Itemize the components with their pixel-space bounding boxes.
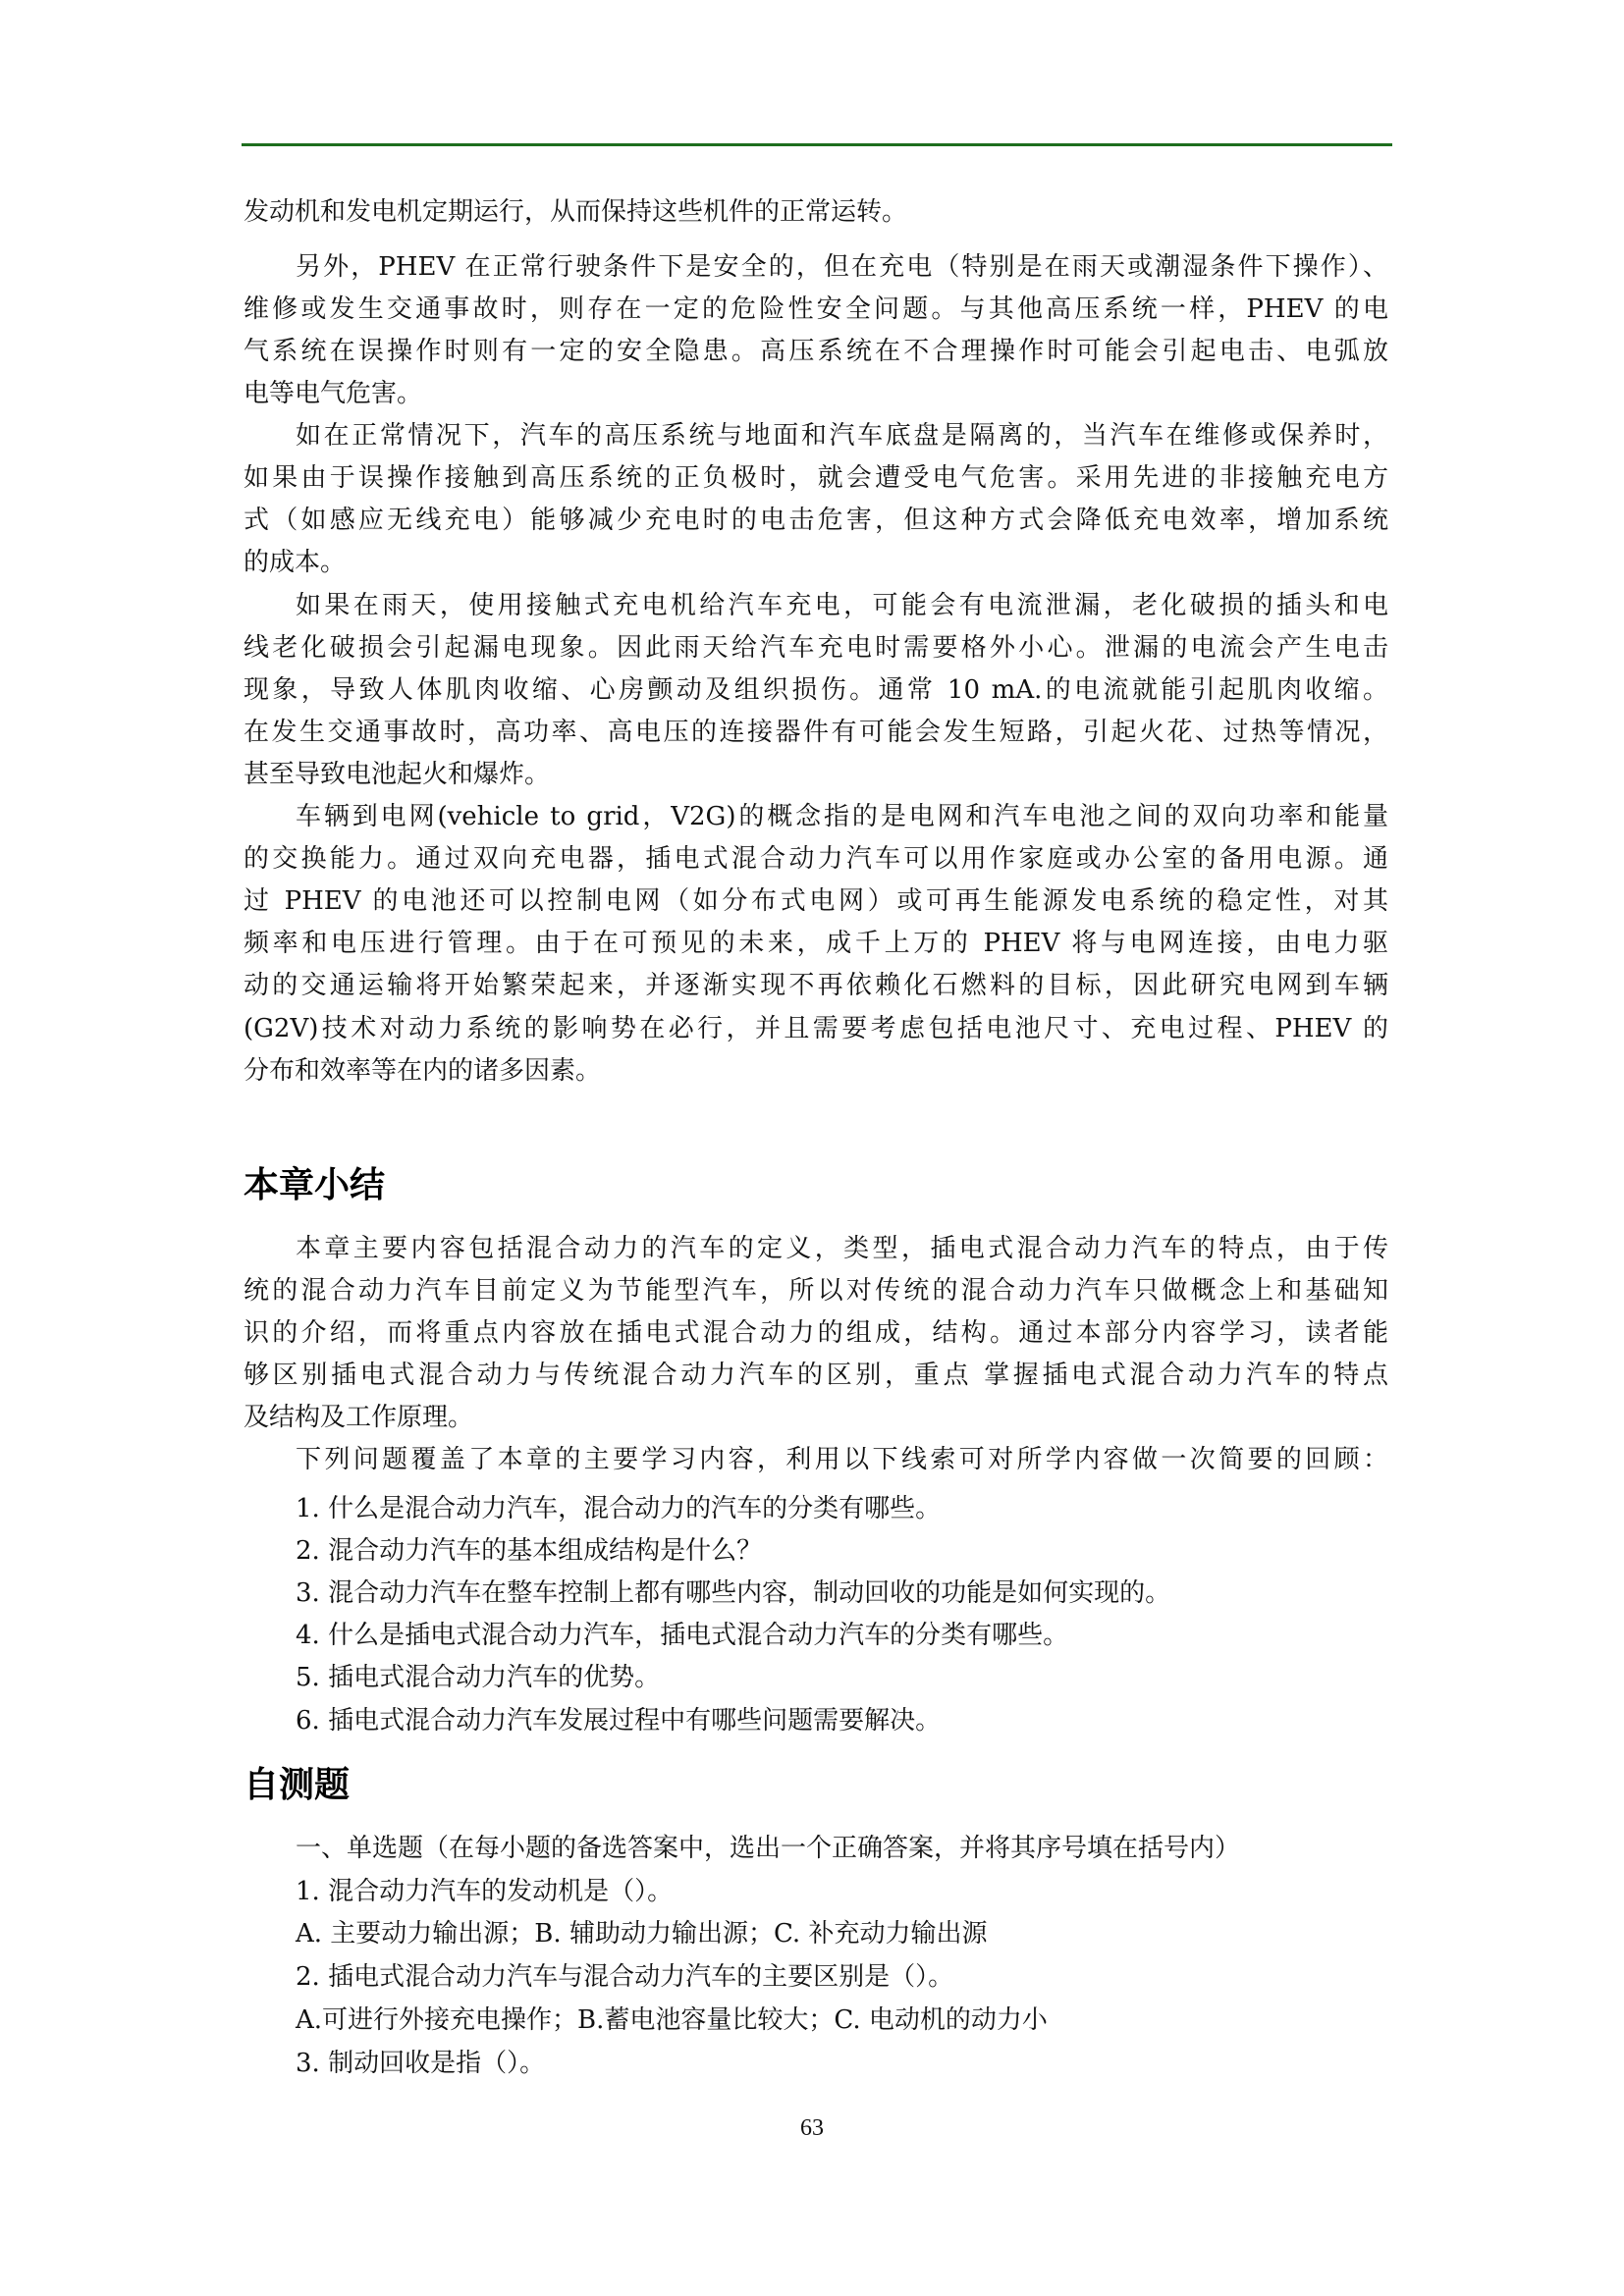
self-test-line: 1. 混合动力汽车的发动机是（）。 <box>296 1872 1376 1911</box>
summary-line: 统的混合动力汽车目前定义为节能型汽车，所以对传统的混合动力汽车只做概念上和基础知 <box>244 1271 1388 1310</box>
summary-line: 本章主要内容包括混合动力的汽车的定义，类型，插电式混合动力汽车的特点，由于传 <box>296 1229 1388 1268</box>
self-test-line: A. 主要动力输出源；B. 辅助动力输出源；C. 补充动力输出源 <box>296 1914 1376 1953</box>
paragraph-line: 甚至导致电池起火和爆炸。 <box>244 755 1388 794</box>
summary-line: 及结构及工作原理。 <box>244 1398 1388 1437</box>
paragraph-line: 维修或发生交通事故时，则存在一定的危险性安全问题。与其他高压系统一样，PHEV … <box>244 290 1388 329</box>
review-question-item: 4. 什么是插电式混合动力汽车，插电式混合动力汽车的分类有哪些。 <box>296 1616 1376 1655</box>
paragraph-line: 过 PHEV 的电池还可以控制电网（如分布式电网）或可再生能源发电系统的稳定性，… <box>244 881 1388 921</box>
review-question-item: 6. 插电式混合动力汽车发展过程中有哪些问题需要解决。 <box>296 1701 1376 1740</box>
summary-heading: 本章小结 <box>244 1164 385 1207</box>
summary-line: 识的介绍，而将重点内容放在插电式混合动力的组成，结构。通过本部分内容学习，读者能 <box>244 1313 1388 1353</box>
paragraph-line: 电等电气危害。 <box>244 374 1388 413</box>
paragraph-line: 分布和效率等在内的诸多因素。 <box>244 1051 1388 1091</box>
review-question-item: 2. 混合动力汽车的基本组成结构是什么？ <box>296 1531 1376 1571</box>
paragraph-line: 频率和电压进行管理。由于在可预见的未来，成千上万的 PHEV 将与电网连接，由电… <box>244 924 1388 963</box>
summary-line: 下列问题覆盖了本章的主要学习内容，利用以下线索可对所学内容做一次简要的回顾： <box>296 1440 1388 1479</box>
paragraph-line: 动的交通运输将开始繁荣起来，并逐渐实现不再依赖化石燃料的目标，因此研究电网到车辆 <box>244 966 1388 1005</box>
page-number: 63 <box>0 2115 1624 2142</box>
header-rule <box>242 143 1392 146</box>
paragraph-line: 的成本。 <box>244 543 1388 582</box>
self-test-heading: 自测题 <box>244 1764 350 1807</box>
self-test-line: A.可进行外接充电操作；B.蓄电池容量比较大；C. 电动机的动力小 <box>296 2001 1376 2040</box>
self-test-line: 一、单选题（在每小题的备选答案中，选出一个正确答案，并将其序号填在括号内） <box>296 1829 1376 1868</box>
summary-line: 够区别插电式混合动力与传统混合动力汽车的区别，重点 掌握插电式混合动力汽车的特点 <box>244 1356 1388 1395</box>
paragraph-line: 如在正常情况下，汽车的高压系统与地面和汽车底盘是隔离的，当汽车在维修或保养时， <box>296 416 1388 455</box>
paragraph-line: (G2V)技术对动力系统的影响势在必行，并且需要考虑包括电池尺寸、充电过程、PH… <box>244 1009 1388 1048</box>
paragraph-line: 如果在雨天，使用接触式充电机给汽车充电，可能会有电流泄漏，老化破损的插头和电 <box>296 586 1388 625</box>
paragraph-line: 线老化破损会引起漏电现象。因此雨天给汽车充电时需要格外小心。泄漏的电流会产生电击 <box>244 628 1388 667</box>
paragraph-line: 的交换能力。通过双向充电器，插电式混合动力汽车可以用作家庭或办公室的备用电源。通 <box>244 839 1388 879</box>
paragraph-line: 现象，导致人体肌肉收缩、心房颤动及组织损伤。通常 10 mA.的电流就能引起肌肉… <box>244 670 1388 710</box>
paragraph-line: 在发生交通事故时，高功率、高电压的连接器件有可能会发生短路，引起火花、过热等情况… <box>244 713 1388 752</box>
paragraph-line: 式（如感应无线充电）能够减少充电时的电击危害，但这种方式会降低充电效率，增加系统 <box>244 501 1388 540</box>
self-test-line: 3. 制动回收是指（）。 <box>296 2044 1376 2083</box>
self-test-line: 2. 插电式混合动力汽车与混合动力汽车的主要区别是（）。 <box>296 1957 1376 1997</box>
paragraph-line: 气系统在误操作时则有一定的安全隐患。高压系统在不合理操作时可能会引起电击、电弧放 <box>244 332 1388 371</box>
paragraph-line: 车辆到电网(vehicle to grid，V2G)的概念指的是电网和汽车电池之… <box>296 797 1388 836</box>
review-question-item: 5. 插电式混合动力汽车的优势。 <box>296 1658 1376 1697</box>
paragraph-line: 发动机和发电机定期运行，从而保持这些机件的正常运转。 <box>244 192 1388 232</box>
review-question-item: 3. 混合动力汽车在整车控制上都有哪些内容，制动回收的功能是如何实现的。 <box>296 1574 1376 1613</box>
paragraph-line: 如果由于误操作接触到高压系统的正负极时，就会遭受电气危害。采用先进的非接触充电方 <box>244 458 1388 498</box>
review-question-item: 1. 什么是混合动力汽车，混合动力的汽车的分类有哪些。 <box>296 1489 1376 1528</box>
paragraph-line: 另外，PHEV 在正常行驶条件下是安全的，但在充电（特别是在雨天或潮湿条件下操作… <box>296 247 1388 287</box>
